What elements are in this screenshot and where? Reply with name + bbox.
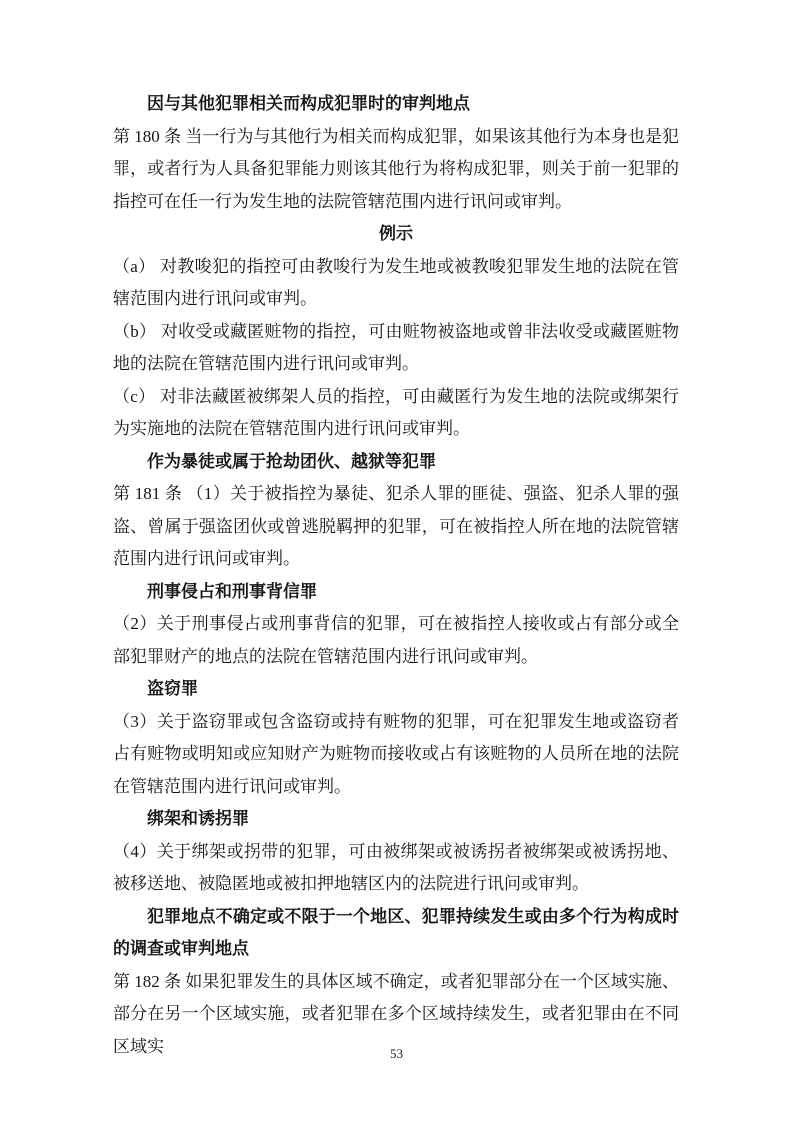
body-paragraph: （4）关于绑架或拐带的犯罪，可由被绑架或被诱拐者被绑架或被诱拐地、被移送地、被隐… <box>113 836 679 901</box>
body-paragraph: （a） 对教唆犯的指控可由教唆行为发生地或被教唆犯罪发生地的法院在管辖范围内进行… <box>113 251 679 316</box>
body-paragraph: 第 180 条 当一行为与其他行为相关而构成犯罪，如果该其他行为本身也是犯罪，或… <box>113 121 679 219</box>
section-heading: 犯罪地点不确定或不限于一个地区、犯罪持续发生或由多个行为构成时的调查或审判地点 <box>113 901 679 966</box>
page-number: 53 <box>0 1046 793 1062</box>
body-paragraph: 第 181 条 （1）关于被指控为暴徒、犯杀人罪的匪徒、强盗、犯杀人罪的强盗、曾… <box>113 478 679 576</box>
body-paragraph: （3）关于盗窃罪或包含盗窃或持有赃物的犯罪，可在犯罪发生地或盗窃者占有赃物或明知… <box>113 706 679 804</box>
body-paragraph: （c） 对非法藏匿被绑架人员的指控，可由藏匿行为发生地的法院或绑架行为实施地的法… <box>113 381 679 446</box>
body-paragraph: （b） 对收受或藏匿赃物的指控，可由赃物被盗地或曾非法收受或藏匿赃物地的法院在管… <box>113 316 679 381</box>
examples-heading: 例示 <box>113 218 679 251</box>
section-heading: 绑架和诱拐罪 <box>113 803 679 836</box>
section-heading: 作为暴徒或属于抢劫团伙、越狱等犯罪 <box>113 446 679 479</box>
document-body: 因与其他犯罪相关而构成犯罪时的审判地点 第 180 条 当一行为与其他行为相关而… <box>113 88 679 1063</box>
body-paragraph: （2）关于刑事侵占或刑事背信的犯罪，可在被指控人接收或占有部分或全部犯罪财产的地… <box>113 608 679 673</box>
section-heading: 盗窃罪 <box>113 673 679 706</box>
document-page: 因与其他犯罪相关而构成犯罪时的审判地点 第 180 条 当一行为与其他行为相关而… <box>0 0 793 1122</box>
section-heading: 刑事侵占和刑事背信罪 <box>113 576 679 609</box>
section-heading: 因与其他犯罪相关而构成犯罪时的审判地点 <box>113 88 679 121</box>
